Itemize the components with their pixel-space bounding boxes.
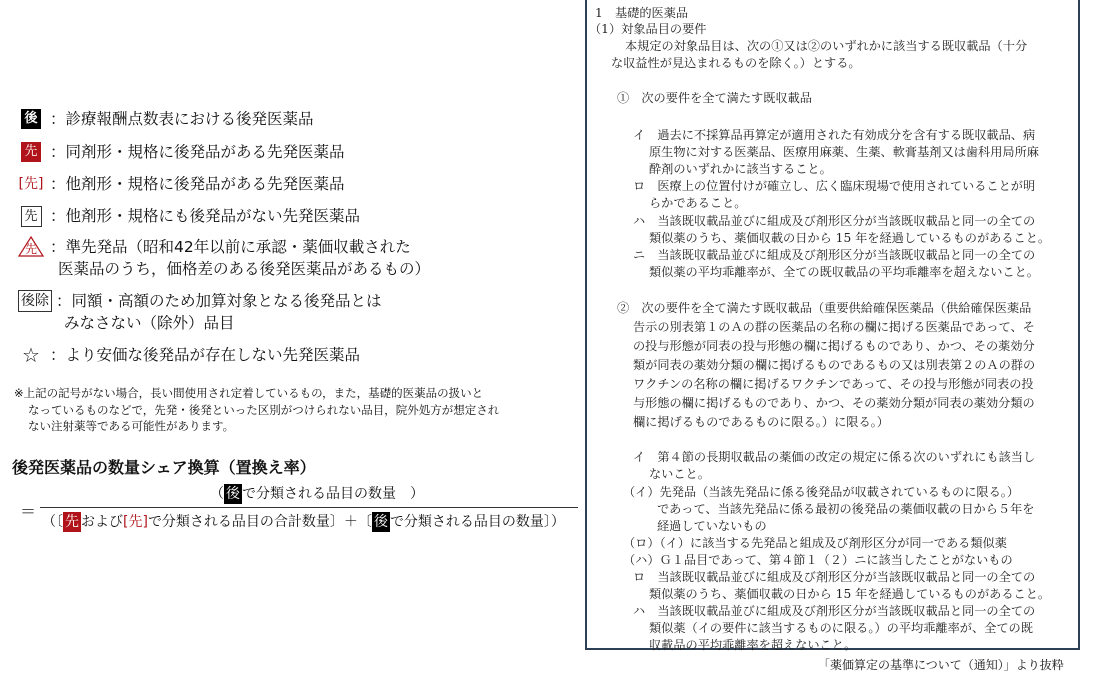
excerpt-line: 告示の別表第１のＡの群の医薬品の名称の欄に掲げる医薬品であって、そ	[633, 319, 1035, 335]
excerpt-line: 欄に掲げるものであるものに限る。）に限る。）	[633, 414, 889, 430]
excerpt-line: ワクチンの名称の欄に掲げるワクチンであって、その投与形態が同表の投	[633, 376, 1034, 392]
excerpt-item-2: ② 次の要件を全て満たす既収載品（重要供給確保医薬品（供給確保医薬品	[617, 300, 1031, 316]
legend-item-generic: 後 ：診療報酬点数表における後発医薬品	[18, 108, 314, 130]
excerpt-line: な収益性が見込まれるものを除く。）とする。	[611, 55, 861, 71]
legend-item-brand-same-form: 先 ：同剤形・規格に後発品がある先発医薬品	[18, 141, 345, 163]
legend-desc: ：診療報酬点数表における後発医薬品	[50, 108, 314, 130]
excerpt-item-1: ① 次の要件を全て満たす既収載品	[617, 90, 812, 106]
legend-desc: ：同剤形・規格に後発品がある先発医薬品	[50, 141, 345, 163]
excerpt-line: ハ 当該既収載品並びに組成及び剤形区分が当該既収載品と同一の全ての	[633, 213, 1035, 229]
excerpt-line: の投与形態が同表の投与形態の欄に掲げるものであり、かつ、その薬効分	[633, 338, 1035, 354]
legend-item-no-cheaper-generic: ☆ ：より安価な後発品が存在しない先発医薬品	[18, 344, 360, 366]
legend-item-brand-no-generic: 先 ：他剤形・規格にも後発品がない先発医薬品	[18, 205, 360, 227]
legend-desc: ：より安価な後発品が存在しない先発医薬品	[50, 344, 360, 366]
legend-item-excluded-generic: 後除 ：同額・高額のため加算対象となる後発品とは みなさない（除外）品目	[18, 290, 382, 334]
excerpt-line: であって、当該先発品に係る最初の後発品の薬価収載の日から５年を	[657, 501, 1034, 517]
legend-note: ※上記の記号がない場合，長い間使用され定着しているもの，また，基礎的医薬品の扱い…	[14, 385, 574, 435]
excerpt-line: ニ 当該既収載品並びに組成及び剤形区分が当該既収載品と同一の全ての	[633, 247, 1035, 263]
star-icon: ☆	[22, 344, 40, 366]
formula-title: 後発医薬品の数量シェア換算（置換え率）	[12, 455, 316, 478]
excerpt-heading: 1 基礎的医薬品	[595, 5, 688, 21]
source-citation: 「薬価算定の基準について（通知）」より抜粋	[818, 656, 1064, 673]
excerpt-line: 収載品の平均乖離率を超えないこと。	[649, 637, 856, 653]
excerpt-line: 本規定の対象品目は、次の①又は②のいずれかに該当する既収載品（十分	[625, 38, 1027, 54]
excerpt-line: （ハ）Ｇ１品目であって、第４節１（２）ニに該当したことがないもの	[623, 552, 1013, 568]
excerpt-line: （イ）先発品（当該先発品に係る後発品が収載されているものに限る。）	[623, 484, 1019, 500]
excerpt-line: ロ 医療上の位置付けが確立し、広く臨床現場で使用されていることが明	[633, 178, 1035, 194]
generic-chip-icon: 後	[372, 512, 390, 532]
formula-numerator: （後で分類される品目の数量 ）	[210, 483, 424, 504]
equals-sign: ＝	[20, 499, 36, 522]
excerpt-line: 類似薬のうち、薬価収載の日から 15 年を経過しているものがあること。	[649, 586, 1050, 602]
legend-desc-cont: みなさない（除外）品目	[56, 312, 382, 334]
excerpt-line: 類似薬（イの要件に該当するものに限る。）の平均乖離率が、全ての既	[649, 620, 1033, 636]
excerpt-line: 与形態の欄に掲げるものであり、かつ、その薬効分類が同表の薬効分類の	[633, 395, 1035, 411]
excerpt-line: 類似薬の平均乖離率が、全ての既収載品の平均乖離率を超えないこと。	[649, 264, 1039, 280]
excerpt-line: ハ 当該既収載品並びに組成及び剤形区分が当該既収載品と同一の全ての	[633, 603, 1035, 619]
note-line: ※上記の記号がない場合，長い間使用され定着しているもの，また，基礎的医薬品の扱い…	[14, 385, 574, 402]
excerpt-line: 経過していないもの	[657, 518, 767, 534]
note-line: ない注射薬等である可能性があります。	[14, 418, 574, 435]
legend-item-quasi-brand: 先 ：準先発品（昭和42年以前に承認・薬価収載された 医薬品のうち，価格差のある…	[18, 236, 430, 280]
legend-desc-cont: 医薬品のうち，価格差のある後発医薬品があるもの）	[50, 258, 430, 280]
excerpt-line: ロ 当該既収載品並びに組成及び剤形区分が当該既収載品と同一の全ての	[633, 569, 1035, 585]
generic-chip-icon: 後	[224, 484, 242, 504]
brand-outlined-symbol-icon: 先	[21, 206, 42, 227]
excerpt-line: らかであること。	[649, 195, 747, 211]
fraction-bar	[40, 507, 578, 508]
regulation-excerpt-box: 1 基礎的医薬品 （1）対象品目の要件 本規定の対象品目は、次の①又は②のいずれ…	[585, 0, 1080, 650]
legend-desc: ：他剤形・規格に後発品がある先発医薬品	[50, 173, 345, 195]
excluded-generic-symbol-icon: 後除	[18, 290, 52, 312]
quasi-brand-triangle-icon: 先	[18, 236, 44, 258]
excerpt-line: 類似薬のうち、薬価収載の日から 15 年を経過しているものがあること。	[649, 230, 1050, 246]
excerpt-line: （ロ）（イ）に該当する先発品と組成及び剤形区分が同一である類似薬	[623, 535, 1007, 551]
legend-desc: ：準先発品（昭和42年以前に承認・薬価収載された	[50, 236, 430, 258]
legend-desc: ：他剤形・規格にも後発品がない先発医薬品	[50, 205, 360, 227]
legend-desc: ：同額・高額のため加算対象となる後発品とは	[56, 290, 382, 312]
excerpt-line: イ 第４節の長期収載品の薬価の改定の規定に係る次のいずれにも該当し	[633, 449, 1035, 465]
generic-drug-symbol-icon: 後	[21, 109, 41, 129]
share-formula: ＝ （後で分類される品目の数量 ） （〔先および[先]で分類される品目の合計数量…	[14, 480, 584, 540]
formula-denominator: （〔先および[先]で分類される品目の合計数量〕＋〔後で分類される品目の数量〕）	[42, 511, 565, 532]
brand-red-symbol-icon: 先	[21, 142, 41, 162]
excerpt-line: ないこと。	[649, 466, 710, 482]
legend-item-brand-other-form: [先] ：他剤形・規格に後発品がある先発医薬品	[18, 173, 345, 195]
note-line: なっているものなどで，先発・後発といった区別がつけられない品目，院外処方が想定さ…	[14, 402, 574, 419]
brand-bracket-symbol-icon: [先]	[19, 173, 44, 195]
excerpt-line: 原生物に対する医薬品、医療用麻薬、生薬、軟膏基剤又は歯科用局所麻	[649, 144, 1039, 160]
excerpt-line: 類が同表の薬効分類の欄に掲げるものであるもの又は別表第２のＡの群の	[633, 357, 1035, 373]
excerpt-line: 酔剤のいずれかに該当すること。	[649, 161, 832, 177]
excerpt-subheading: （1）対象品目の要件	[589, 21, 706, 37]
excerpt-line: イ 過去に不採算品再算定が適用された有効成分を含有する既収載品、病	[633, 127, 1035, 143]
brand-chip-icon: 先	[63, 512, 81, 532]
brand-bracket-chip-icon: [先]	[123, 514, 148, 530]
